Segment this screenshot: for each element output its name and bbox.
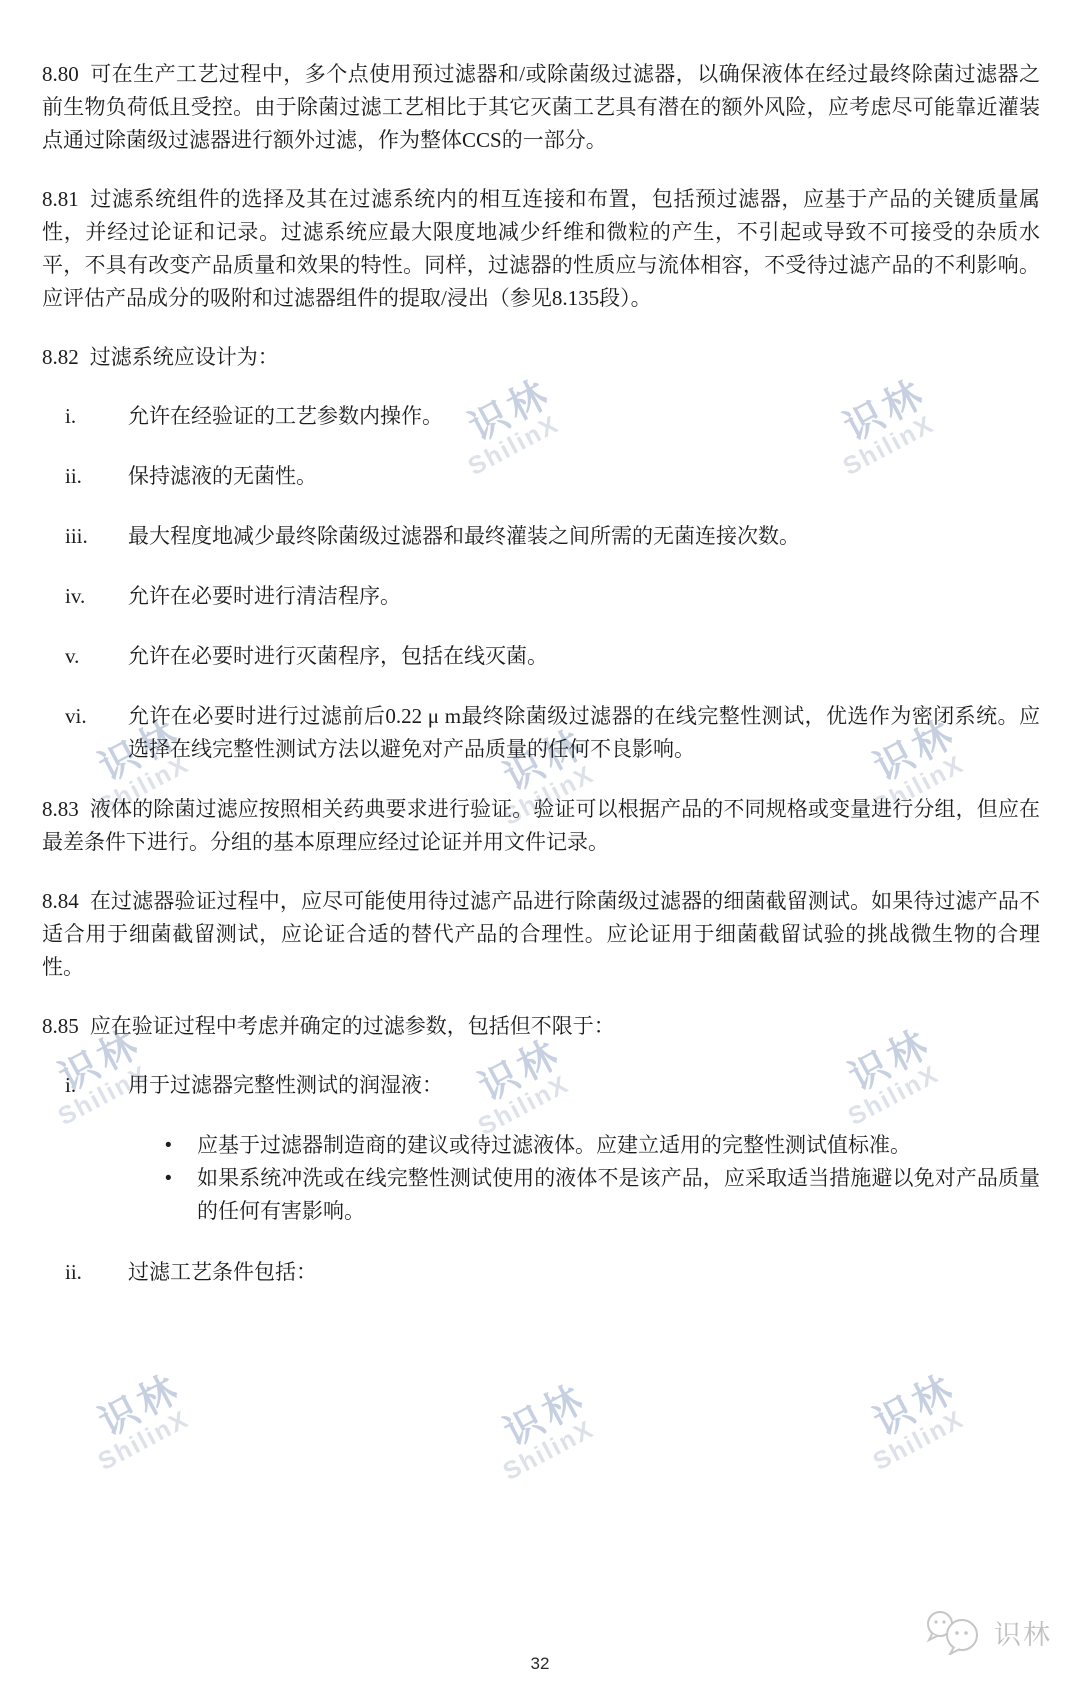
- clause-text: 液体的除菌过滤应按照相关药典要求进行验证。验证可以根据产品的不同规格或变量进行分…: [42, 797, 1040, 854]
- clause-number: 8.80: [42, 62, 79, 86]
- list-item-v: v. 允许在必要时进行灭菌程序，包括在线灭菌。: [42, 640, 1040, 673]
- list-marker: i.: [62, 1069, 128, 1102]
- chat-bubbles-icon: [924, 1609, 986, 1655]
- list-item-text: 最大程度地减少最终除菌级过滤器和最终灌装之间所需的无菌连接次数。: [128, 520, 1040, 553]
- sublist-item-ii: ii. 过滤工艺条件包括：: [42, 1256, 1040, 1289]
- document-content: 8.80可在生产工艺过程中，多个点使用预过滤器和/或除菌级过滤器，以确保液体在经…: [0, 0, 1080, 1289]
- list-marker: iv.: [62, 580, 128, 613]
- logo-text: 识林: [994, 1613, 1052, 1652]
- watermark: 识林ShilinX: [481, 1379, 605, 1485]
- clause-text: 过滤系统组件的选择及其在过滤系统内的相互连接和布置，包括预过滤器，应基于产品的关…: [42, 187, 1040, 310]
- clause-number: 8.85: [42, 1014, 79, 1038]
- list-item-text: 允许在必要时进行过滤前后0.22 μ m最终除菌级过滤器的在线完整性测试，优选作…: [128, 700, 1040, 766]
- paragraph-8-81: 8.81过滤系统组件的选择及其在过滤系统内的相互连接和布置，包括预过滤器，应基于…: [42, 183, 1040, 315]
- list-item-text: 过滤工艺条件包括：: [128, 1256, 1040, 1289]
- paragraph-8-82: 8.82过滤系统应设计为：: [42, 341, 1040, 374]
- page-number: 32: [0, 1654, 1080, 1674]
- bullet-text: 如果系统冲洗或在线完整性测试使用的液体不是该产品，应采取适当措施避以免对产品质量…: [197, 1162, 1040, 1228]
- list-item-vi: vi. 允许在必要时进行过滤前后0.22 μ m最终除菌级过滤器的在线完整性测试…: [42, 700, 1040, 766]
- list-item-text: 保持滤液的无菌性。: [128, 460, 1040, 493]
- bullet-item: • 应基于过滤器制造商的建议或待过滤液体。应建立适用的完整性测试值标准。: [42, 1129, 1040, 1162]
- clause-number: 8.82: [42, 345, 79, 369]
- list-marker: ii.: [62, 460, 128, 493]
- list-item-ii: ii. 保持滤液的无菌性。: [42, 460, 1040, 493]
- clause-number: 8.84: [42, 889, 79, 913]
- list-item-text: 允许在经验证的工艺参数内操作。: [128, 400, 1040, 433]
- clause-number: 8.83: [42, 797, 79, 821]
- paragraph-8-83: 8.83液体的除菌过滤应按照相关药典要求进行验证。验证可以根据产品的不同规格或变…: [42, 793, 1040, 859]
- list-marker: iii.: [62, 520, 128, 553]
- clause-number: 8.81: [42, 187, 79, 211]
- list-marker: vi.: [62, 700, 128, 766]
- paragraph-8-80: 8.80可在生产工艺过程中，多个点使用预过滤器和/或除菌级过滤器，以确保液体在经…: [42, 58, 1040, 157]
- bullet-list: • 应基于过滤器制造商的建议或待过滤液体。应建立适用的完整性测试值标准。 • 如…: [42, 1129, 1040, 1228]
- bullet-text: 应基于过滤器制造商的建议或待过滤液体。应建立适用的完整性测试值标准。: [197, 1129, 1040, 1162]
- shilinx-logo: 识林: [924, 1609, 1052, 1655]
- bullet-item: • 如果系统冲洗或在线完整性测试使用的液体不是该产品，应采取适当措施避以免对产品…: [42, 1162, 1040, 1228]
- paragraph-8-85: 8.85应在验证过程中考虑并确定的过滤参数，包括但不限于：: [42, 1010, 1040, 1043]
- list-marker: ii.: [62, 1256, 128, 1289]
- list-marker: i.: [62, 400, 128, 433]
- list-item-text: 用于过滤器完整性测试的润湿液：: [128, 1069, 1040, 1102]
- watermark: 识林ShilinX: [76, 1369, 200, 1475]
- list-item-text: 允许在必要时进行灭菌程序，包括在线灭菌。: [128, 640, 1040, 673]
- bullet-icon: •: [165, 1129, 197, 1162]
- list-item-iii: iii. 最大程度地减少最终除菌级过滤器和最终灌装之间所需的无菌连接次数。: [42, 520, 1040, 553]
- clause-text: 在过滤器验证过程中，应尽可能使用待过滤产品进行除菌级过滤器的细菌截留测试。如果待…: [42, 889, 1040, 979]
- list-marker: v.: [62, 640, 128, 673]
- paragraph-8-84: 8.84在过滤器验证过程中，应尽可能使用待过滤产品进行除菌级过滤器的细菌截留测试…: [42, 885, 1040, 984]
- list-item-i: i. 允许在经验证的工艺参数内操作。: [42, 400, 1040, 433]
- watermark: 识林ShilinX: [851, 1369, 975, 1475]
- list-item-iv: iv. 允许在必要时进行清洁程序。: [42, 580, 1040, 613]
- clause-text: 应在验证过程中考虑并确定的过滤参数，包括但不限于：: [90, 1014, 615, 1038]
- clause-text: 过滤系统应设计为：: [90, 345, 279, 369]
- bullet-icon: •: [165, 1162, 197, 1228]
- clause-text: 可在生产工艺过程中，多个点使用预过滤器和/或除菌级过滤器，以确保液体在经过最终除…: [42, 62, 1040, 152]
- sublist-item-i: i. 用于过滤器完整性测试的润湿液：: [42, 1069, 1040, 1102]
- list-item-text: 允许在必要时进行清洁程序。: [128, 580, 1040, 613]
- document-page: 识林ShilinX 识林ShilinX 识林ShilinX 识林ShilinX …: [0, 0, 1080, 1682]
